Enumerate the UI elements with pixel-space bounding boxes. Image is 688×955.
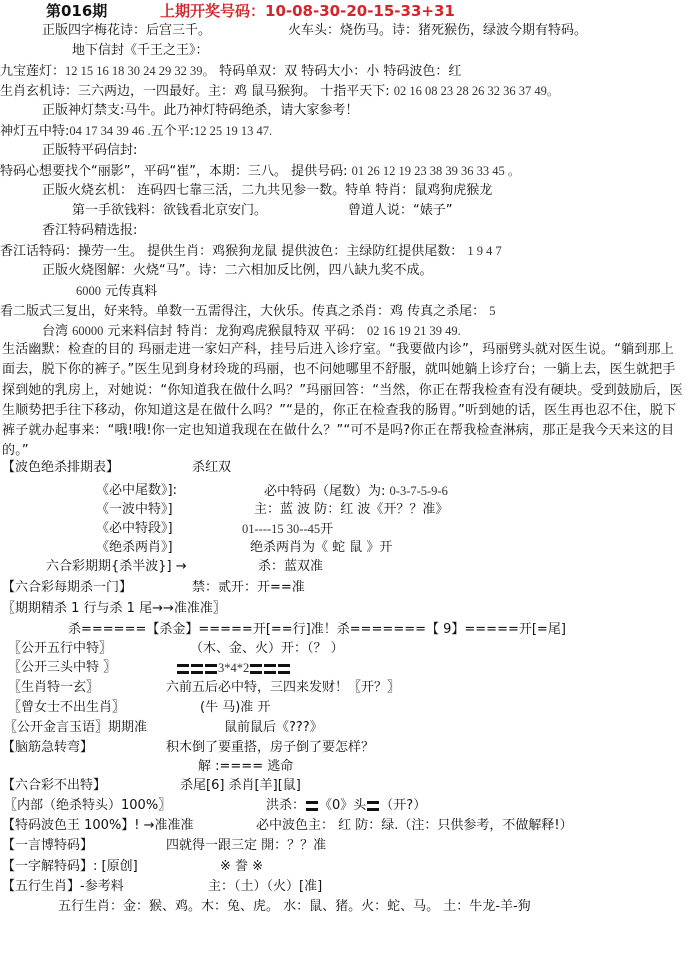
no-special-label: 【六合彩不出特】 xyxy=(2,776,106,796)
block-icon xyxy=(264,664,276,674)
label: 台湾 xyxy=(42,324,68,339)
five-zodiac-value: 主：（土）（火）[准] xyxy=(208,877,322,897)
ms-zeng-label: 〖曾女士不出生肖〗 xyxy=(8,698,125,718)
kill-gold-line: 杀======【杀金】=====开[==行]准！杀=======【 9】====… xyxy=(68,620,566,640)
three-head-label: 〖公开三头中特 〗 xyxy=(8,658,116,678)
kill-one-door-label: 【六合彩每期杀一门】 xyxy=(2,578,132,598)
numbers: 01----15 30--45 xyxy=(242,522,320,536)
one-word-value: 四就得一跟三定 開：？？准 xyxy=(166,836,326,856)
label: 洪杀： xyxy=(266,798,305,813)
block-icon xyxy=(177,664,189,674)
precise-kill: 〖期期精杀 1 行与杀 1 尾→→准准准〗 xyxy=(2,599,226,619)
fax-6000: 6000 元传真料 xyxy=(76,281,157,301)
one-wave-value: 主：蓝 波 防：红 波《开？？准》 xyxy=(254,500,448,520)
block-icon xyxy=(250,664,262,674)
wave-king-label: 【特码波色王 100%】! →准准准 xyxy=(2,816,194,836)
last-result-label: 上期开奖号码： xyxy=(160,2,265,20)
block-icon xyxy=(191,664,203,674)
lamp-ban: 正版神灯禁支:马牛。此乃神灯特码绝杀，请大家参考！ xyxy=(42,101,358,121)
flat-code-envelope: 正版特平码信封: xyxy=(42,141,137,161)
label: 特码心想要找个“丽影”，平码“崔”，本期：三八。 提供号码: xyxy=(0,164,347,179)
ms-zeng-value: (牛 马)准 开 xyxy=(200,698,270,718)
hk-words: 香江话特码：操劳一生。 提供生肖：鸡猴狗龙鼠 提供波色：主绿防红提供尾数： 1 … xyxy=(0,241,502,261)
zodiac-one-label: 〖生肖特一玄〗 xyxy=(8,678,99,698)
hk-selection: 香江特码精选报: xyxy=(42,221,137,241)
golden-words-value: 鼠前鼠后《???》 xyxy=(224,718,323,738)
internal-kill-value: 洪杀：《0》头（开?） xyxy=(266,796,426,816)
attributes: 特码单双：双 特码大小：小 特码波色：红 xyxy=(219,64,461,79)
kill-two-value: 绝杀两肖为《 蛇 鼠 》开 xyxy=(250,538,392,558)
issue-label: 第016期 xyxy=(46,2,107,20)
must-tail-value: 必中特码（尾数）为: 0-3-7-5-9-6 xyxy=(264,481,448,501)
wave-king-value: 必中波色主： 红 防：绿.（注：只供参考，不做解释!） xyxy=(256,816,573,836)
internal-kill-label: 〖内部（绝杀特头）100%〗 xyxy=(4,796,171,816)
must-tail-label: 《必中尾数》]: xyxy=(96,481,177,501)
second-edition: 看二版式三复出，好来特。单数一五需得注，大伙乐。传真之杀肖：鸡 传真之杀尾： 5 xyxy=(0,301,496,321)
label: 必中特码（尾数）为: xyxy=(264,484,385,499)
open: （开?） xyxy=(380,798,426,813)
fire-mystery: 正版火烧玄机： 连码四七靠三活，二九共见参一数。特单 特肖：鼠鸡狗虎猴龙 xyxy=(42,181,492,201)
taiwan-envelope: 台湾 60000 元来料信封 特肖：龙狗鸡虎猴鼠特双 平码： 02 16 19 … xyxy=(42,321,461,341)
numbers: 3*4*2 xyxy=(218,661,249,675)
brain-teaser-answer: 解 :==== 逃命 xyxy=(198,757,293,777)
zodiac-one-value: 六前五后必中特，三四来发财！〖开？〗 xyxy=(166,678,400,698)
one-char-label: 【一字解特码】: [原创] xyxy=(2,857,138,877)
one-word-label: 【一言博特码】 xyxy=(2,836,93,856)
zodiac-poem: 生肖玄机诗：三六两边，一四最好。主：鸡 鼠马猴狗。 十指平天下: 02 16 0… xyxy=(0,81,559,101)
tail: 5 xyxy=(489,304,495,318)
underground-envelope: 地下信封《千王之王》： xyxy=(72,41,209,61)
block-icon xyxy=(306,801,318,811)
fire-diagram: 正版火烧图解：火烧“马”。诗：二六相加反比例，四八缺九奖不成。 xyxy=(42,261,432,281)
label: 生肖玄机诗：三六两边，一四最好。主：鸡 鼠马猴狗。 十指平天下: xyxy=(0,84,390,99)
zeng-says: 曾道人说：“婊子” xyxy=(348,201,452,221)
label: 九宝莲灯： xyxy=(0,64,65,79)
issue-number: 第016期 xyxy=(46,1,107,21)
label: 元传真料 xyxy=(105,284,157,299)
nine-lotus-lamp: 九宝莲灯：12 15 16 18 30 24 29 32 39。 特码单双：双 … xyxy=(0,61,461,81)
train-head: 火车头：烧伤马。诗：猪死猴伤，绿波今期有特码。 xyxy=(288,21,587,41)
one-wave-label: 《一波中特》] xyxy=(96,500,173,520)
kill-two-label: 《绝杀两肖》] xyxy=(96,538,173,558)
numbers: 12 15 16 18 30 24 29 32 39。 xyxy=(65,64,215,78)
numbers2: 12 25 19 13 47. xyxy=(194,124,272,138)
plum-poem: 正版四字梅花诗：后宫三千。 xyxy=(42,21,211,41)
half-wave-label: 六合彩期期{杀半波}] → xyxy=(46,557,187,577)
first-hand: 第一手欲钱料：欲钱看北京安门。 xyxy=(72,201,267,221)
five-elements-value: （木、金、火）开：（？ ） xyxy=(190,639,344,659)
half-wave-value: 杀：蓝双准 xyxy=(258,557,323,577)
kill-one-door-value: 禁：贰开：开==准 xyxy=(192,578,305,598)
lamp-five: 神灯五中特:04 17 34 39 46 .五个平:12 25 19 13 47… xyxy=(0,121,272,141)
numbers: 02 16 19 21 39 49. xyxy=(367,324,461,338)
humor-paragraph: 生活幽默：检查的目的 玛丽走进一家妇产科，挂号后进入诊疗室。“我要做内诊”，玛丽… xyxy=(2,340,686,462)
must-segment-label: 《必中特段》] xyxy=(96,519,173,539)
brain-teaser-question: 积木倒了要重搭，房子倒了要怎样？ xyxy=(166,738,374,758)
last-result: 上期开奖号码：10-08-30-20-15-33+31 xyxy=(160,1,455,21)
label2: 五个平: xyxy=(151,124,194,139)
five-elements-label: 〖公开五行中特〗 xyxy=(8,639,112,659)
numbers: 02 16 08 23 28 26 32 36 37 49。 xyxy=(394,84,560,98)
last-result-numbers: 10-08-30-20-15-33+31 xyxy=(265,2,455,20)
numbers: 04 17 34 39 46 . xyxy=(69,124,150,138)
block-icon xyxy=(367,801,379,811)
one-char-value: ※ 誊 ※ xyxy=(220,857,263,877)
head: 《0》头 xyxy=(319,798,366,813)
block-icon xyxy=(278,664,290,674)
label: 看二版式三复出，好来特。单数一五需得注，大伙乐。传真之杀肖：鸡 传真之杀尾： xyxy=(0,304,485,319)
numbers: 0-3-7-5-9-6 xyxy=(390,484,448,498)
numbers: 01 26 12 19 23 38 39 36 33 45 。 xyxy=(352,164,521,178)
block-icon xyxy=(205,664,217,674)
wave-schedule-value: 杀红双 xyxy=(192,458,231,478)
amount: 6000 xyxy=(76,284,101,298)
no-special-value: 杀尾[6] 杀肖[羊][鼠] xyxy=(180,776,301,796)
label: 神灯五中特: xyxy=(0,124,69,139)
tail-numbers: 1 9 4 7 xyxy=(467,244,501,258)
label2: 元来料信封 特肖：龙狗鸡虎猴鼠特双 平码： xyxy=(108,324,363,339)
golden-words-label: 〖公开金言玉语〗期期准 xyxy=(4,718,147,738)
label: 香江话特码：操劳一生。 提供生肖：鸡猴狗龙鼠 提供波色：主绿防红提供尾数： xyxy=(0,244,463,259)
wave-schedule-title: 【波色绝杀排期表】 xyxy=(2,458,119,478)
brain-teaser-label: 【脑筋急转弯】 xyxy=(2,738,93,758)
special-code-heart: 特码心想要找个“丽影”，平码“崔”，本期：三八。 提供号码: 01 26 12 … xyxy=(0,161,520,181)
five-zodiac-detail: 五行生肖：金：猴、鸡。木：兔、虎。 水：鼠、猪。火：蛇、马。 土：牛龙-羊-狗 xyxy=(58,897,531,917)
open: 开 xyxy=(320,522,333,537)
amount: 60000 xyxy=(72,324,103,338)
must-segment-value: 01----15 30--45开 xyxy=(242,519,333,539)
three-head-value: 3*4*2 xyxy=(176,658,291,678)
five-zodiac-label: 【五行生肖】-参考料 xyxy=(2,877,124,897)
